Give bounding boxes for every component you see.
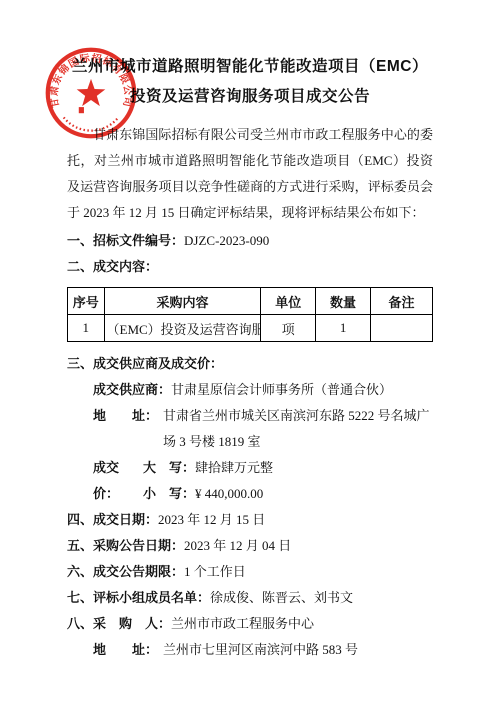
table-row: 1 （EMC）投资及运营咨询服务 项 1 [68,315,433,342]
section-evaluation-panel-value: 徐成俊、陈晋云、刘书文 [210,590,353,605]
section-award-date: 四、成交日期：2023 年 12 月 15 日 [67,507,433,533]
document-page: 甘肃东锦国际招标有限公司 兰州市城市道路照明智能化节能改造项目（EMC）投资及运… [0,0,500,706]
award-price-values: 大 写：肆拾肆万元整 小 写：¥ 440,000.00 [143,455,433,507]
section-announce-date-label: 五、采购公告日期： [67,538,184,553]
supplier-detail-block: 成交供应商：甘肃星原信会计师事务所（普通合伙） 地 址：甘肃省兰州市城关区南滨河… [93,377,433,507]
col-header-seq: 序号 [68,288,105,315]
section-bid-doc-number: 一、招标文件编号：DJZC-2023-090 [67,228,433,254]
section-announce-period-label: 六、成交公告期限： [67,564,184,579]
supplier-address-value: 甘肃省兰州市城关区南滨河东路 5222 号名城广场 3 号楼 1819 室 [163,403,433,455]
cell-content: （EMC）投资及运营咨询服务 [104,315,261,342]
supplier-label: 成交供应商： [93,382,171,397]
supplier-address-row: 地 址：甘肃省兰州市城关区南滨河东路 5222 号名城广场 3 号楼 1819 … [93,403,433,455]
section-bid-doc-number-value: DJZC-2023-090 [184,233,269,248]
cell-quantity: 1 [316,315,371,342]
col-header-quantity: 数量 [316,288,371,315]
section-purchaser: 八、采 购 人：兰州市市政工程服务中心 [67,611,433,637]
col-header-remark: 备注 [370,288,432,315]
section-announce-date: 五、采购公告日期：2023 年 12 月 04 日 [67,533,433,559]
section-evaluation-panel-label: 七、评标小组成员名单： [67,590,210,605]
section-purchaser-value: 兰州市市政工程服务中心 [171,616,314,631]
cell-remark [370,315,432,342]
section-award-content: 二、成交内容： [67,254,433,280]
supplier-address-label: 地 址： [93,403,163,429]
cell-seq: 1 [68,315,105,342]
section-supplier-price: 三、成交供应商及成交价： [67,351,433,377]
award-content-table: 序号 采购内容 单位 数量 备注 1 （EMC）投资及运营咨询服务 项 1 [67,287,433,342]
price-numeric-value: ¥ 440,000.00 [195,486,263,501]
section-evaluation-panel: 七、评标小组成员名单：徐成俊、陈晋云、刘书文 [67,585,433,611]
section-bid-doc-number-label: 一、招标文件编号： [67,233,184,248]
award-price-label: 成交价： [93,455,143,507]
price-capital-row: 大 写：肆拾肆万元整 [143,455,433,481]
document-content: 兰州市城市道路照明智能化节能改造项目（EMC）投资及运营咨询服务项目成交公告 甘… [67,52,433,663]
purchaser-address-row: 地 址：兰州市七里河区南滨河中路 583 号 [93,637,433,663]
section-announce-period-value: 1 个工作日 [184,564,246,579]
supplier-row: 成交供应商：甘肃星原信会计师事务所（普通合伙） [93,377,433,403]
page-title: 兰州市城市道路照明智能化节能改造项目（EMC）投资及运营咨询服务项目成交公告 [67,52,433,112]
purchaser-address-label: 地 址： [93,637,163,663]
section-award-date-label: 四、成交日期： [67,512,158,527]
section-announce-period: 六、成交公告期限：1 个工作日 [67,559,433,585]
price-numeric-row: 小 写：¥ 440,000.00 [143,481,433,507]
price-numeric-label: 小 写： [143,486,195,501]
section-award-content-label: 二、成交内容： [67,259,158,274]
col-header-content: 采购内容 [104,288,261,315]
col-header-unit: 单位 [261,288,316,315]
section-announce-date-value: 2023 年 12 月 04 日 [184,538,291,553]
table-header-row: 序号 采购内容 单位 数量 备注 [68,288,433,315]
price-capital-label: 大 写： [143,460,195,475]
section-purchaser-label: 八、采 购 人： [67,616,171,631]
section-supplier-price-label: 三、成交供应商及成交价： [67,356,223,371]
section-award-date-value: 2023 年 12 月 15 日 [158,512,265,527]
supplier-value: 甘肃星原信会计师事务所（普通合伙） [171,382,392,397]
purchaser-address-value: 兰州市七里河区南滨河中路 583 号 [163,637,433,663]
cell-unit: 项 [261,315,316,342]
award-price-row: 成交价： 大 写：肆拾肆万元整 小 写：¥ 440,000.00 [93,455,433,507]
intro-paragraph: 甘肃东锦国际招标有限公司受兰州市市政工程服务中心的委托，对兰州市城市道路照明智能… [67,122,433,226]
price-capital-value: 肆拾肆万元整 [195,460,273,475]
